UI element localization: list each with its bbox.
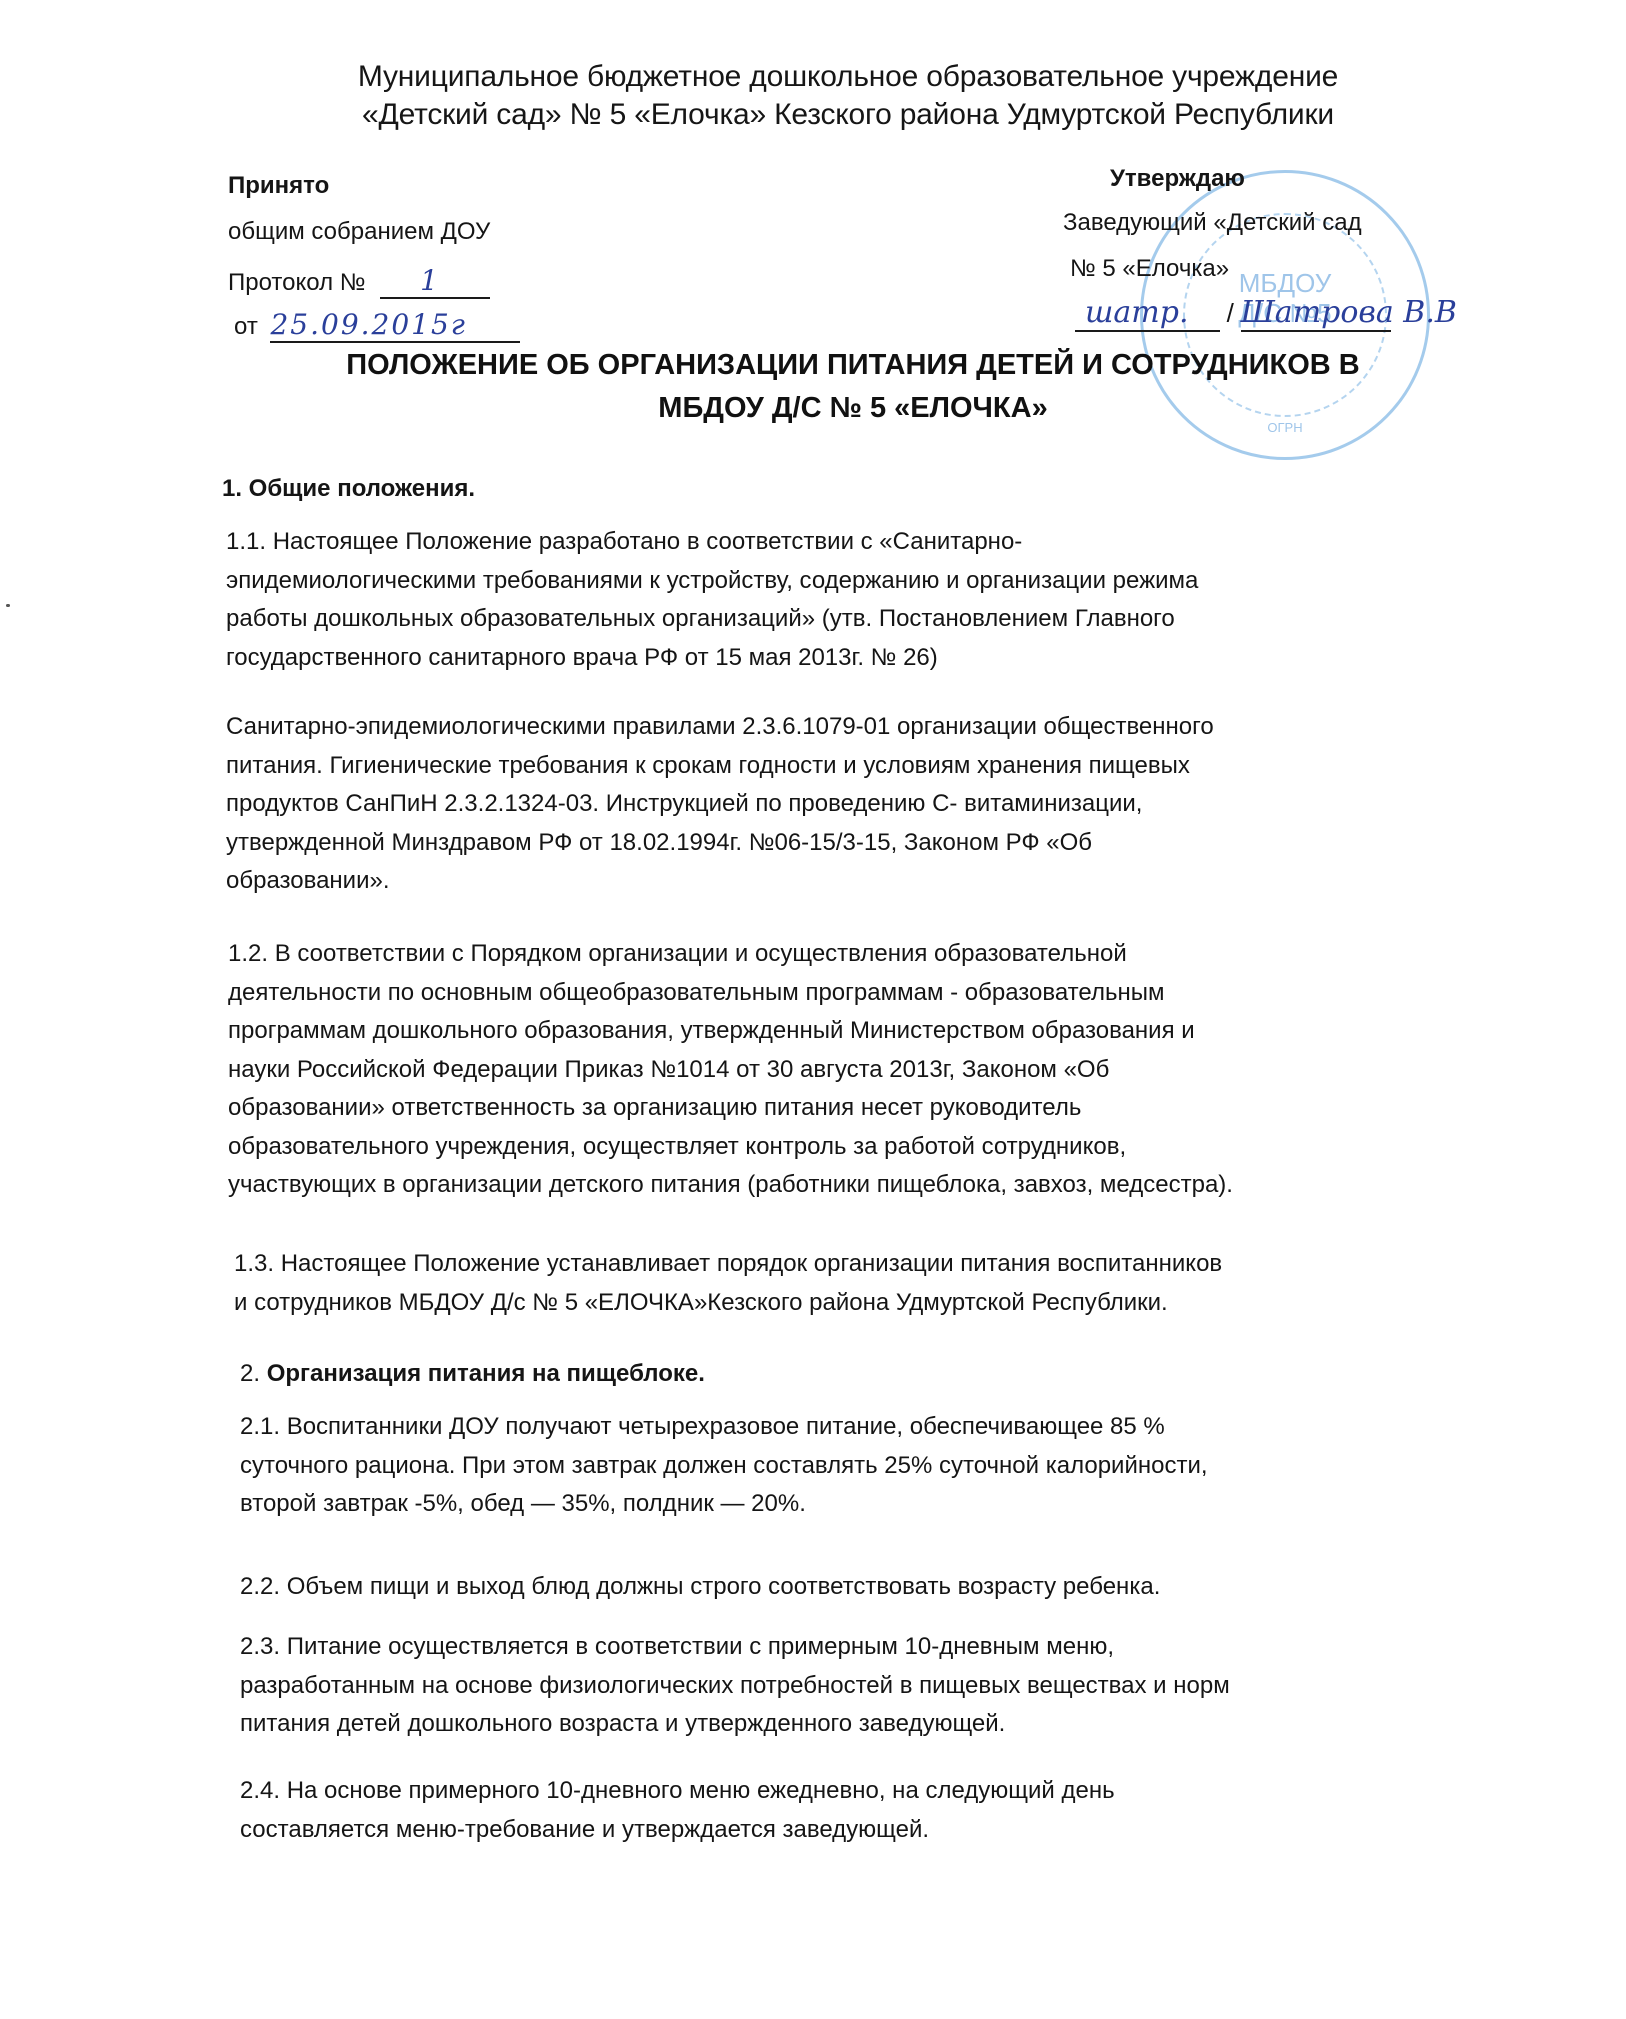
text-line: 1.3. Настоящее Положение устанавливает п…: [234, 1245, 1544, 1284]
signature: шатр.: [1085, 295, 1189, 330]
organization-line-1: Муниципальное бюджетное дошкольное образ…: [70, 58, 1626, 96]
text-line: Санитарно-эпидемиологическими правилами …: [226, 708, 1536, 747]
date-label: от: [234, 313, 258, 340]
text-line: эпидемиологическими требованиями к устро…: [226, 562, 1536, 601]
text-line: 1.1. Настоящее Положение разработано в с…: [226, 523, 1536, 562]
text-line: науки Российской Федерации Приказ №1014 …: [228, 1051, 1538, 1090]
paragraph-1-1: 1.1. Настоящее Положение разработано в с…: [226, 523, 1536, 677]
text-line: участвующих в организации детского питан…: [228, 1166, 1538, 1205]
signature-separator: /: [1227, 298, 1234, 328]
document-title: ПОЛОЖЕНИЕ ОБ ОРГАНИЗАЦИИ ПИТАНИЯ ДЕТЕЙ И…: [0, 344, 1626, 430]
protocol-label: Протокол №: [228, 269, 366, 296]
text-line: работы дошкольных образовательных органи…: [226, 600, 1536, 639]
text-line: образовательного учреждения, осуществляе…: [228, 1128, 1538, 1167]
text-line: суточного рациона. При этом завтрак долж…: [240, 1447, 1550, 1486]
text-line: и сотрудников МБДОУ Д/с № 5 «ЕЛОЧКА»Кезс…: [234, 1284, 1544, 1323]
date-field: 25.09.2015г: [270, 308, 520, 343]
protocol-number: 1: [420, 264, 438, 297]
text-line: разработанным на основе физиологических …: [240, 1667, 1550, 1706]
paragraph-sanitary-rules: Санитарно-эпидемиологическими правилами …: [226, 708, 1536, 901]
section-2-heading: 2. Организация питания на пищеблоке.: [240, 1355, 1550, 1394]
date-value: 25.09.2015г: [270, 308, 466, 341]
text-line: составляется меню-требование и утверждае…: [240, 1811, 1550, 1850]
text-line: деятельности по основным общеобразовател…: [228, 974, 1538, 1013]
document-title-line-2: МБДОУ Д/С № 5 «ЕЛОЧКА»: [80, 387, 1626, 430]
section-2-title: Организация питания на пищеблоке.: [267, 1360, 705, 1387]
text-line: питания. Гигиенические требования к срок…: [226, 747, 1536, 786]
paragraph-2-3: 2.3. Питание осуществляется в соответств…: [240, 1628, 1550, 1744]
document-title-line-1: ПОЛОЖЕНИЕ ОБ ОРГАНИЗАЦИИ ПИТАНИЯ ДЕТЕЙ И…: [80, 344, 1626, 387]
text-line: продуктов СанПиН 2.3.2.1324-03. Инструкц…: [226, 785, 1536, 824]
text-line: 2.1. Воспитанники ДОУ получают четырехра…: [240, 1408, 1550, 1447]
text-line: 2.2. Объем пищи и выход блюд должны стро…: [240, 1568, 1550, 1607]
paragraph-2-2: 2.2. Объем пищи и выход блюд должны стро…: [240, 1568, 1550, 1607]
section-2-number: 2.: [240, 1360, 267, 1387]
document-page: Муниципальное бюджетное дошкольное образ…: [0, 0, 1626, 2019]
paragraph-1-3: 1.3. Настоящее Положение устанавливает п…: [234, 1245, 1544, 1322]
approved-label: Утверждаю: [1110, 165, 1245, 193]
paragraph-1-2: 1.2. В соответствии с Порядком организац…: [228, 935, 1538, 1205]
accepted-by: общим собранием ДОУ: [228, 218, 490, 246]
signatory-name-field: Шатрова В.В: [1241, 295, 1391, 332]
accepted-label: Принято: [228, 172, 329, 200]
text-line: 1.2. В соответствии с Порядком организац…: [228, 935, 1538, 974]
text-line: 2.3. Питание осуществляется в соответств…: [240, 1628, 1550, 1667]
date-row: от 25.09.2015г: [234, 308, 520, 343]
text-line: 2.4. На основе примерного 10-дневного ме…: [240, 1772, 1550, 1811]
text-line: утвержденной Минздравом РФ от 18.02.1994…: [226, 824, 1536, 863]
section-1-heading: 1. Общие положения.: [222, 470, 1532, 509]
scan-speck: [6, 604, 10, 607]
text-line: программам дошкольного образования, утве…: [228, 1012, 1538, 1051]
protocol-number-field: 1: [380, 264, 490, 299]
protocol-row: Протокол № 1: [228, 264, 490, 299]
paragraph-2-1: 2.1. Воспитанники ДОУ получают четырехра…: [240, 1408, 1550, 1524]
text-line: второй завтрак -5%, обед — 35%, полдник …: [240, 1485, 1550, 1524]
paragraph-2-4: 2.4. На основе примерного 10-дневного ме…: [240, 1772, 1550, 1849]
organization-header: Муниципальное бюджетное дошкольное образ…: [0, 58, 1626, 134]
approved-position-line-1: Заведующий «Детский сад: [1063, 209, 1362, 237]
signature-row: шатр. / Шатрова В.В: [1075, 295, 1391, 332]
text-line: питания детей дошкольного возраста и утв…: [240, 1705, 1550, 1744]
approved-position-line-2: № 5 «Елочка»: [1070, 255, 1229, 283]
signature-field: шатр.: [1075, 295, 1220, 332]
organization-line-2: «Детский сад» № 5 «Елочка» Кезского райо…: [70, 96, 1626, 134]
text-line: государственного санитарного врача РФ от…: [226, 639, 1536, 678]
signatory-name: Шатрова В.В: [1241, 295, 1457, 330]
text-line: образовании» ответственность за организа…: [228, 1089, 1538, 1128]
text-line: образовании».: [226, 862, 1536, 901]
